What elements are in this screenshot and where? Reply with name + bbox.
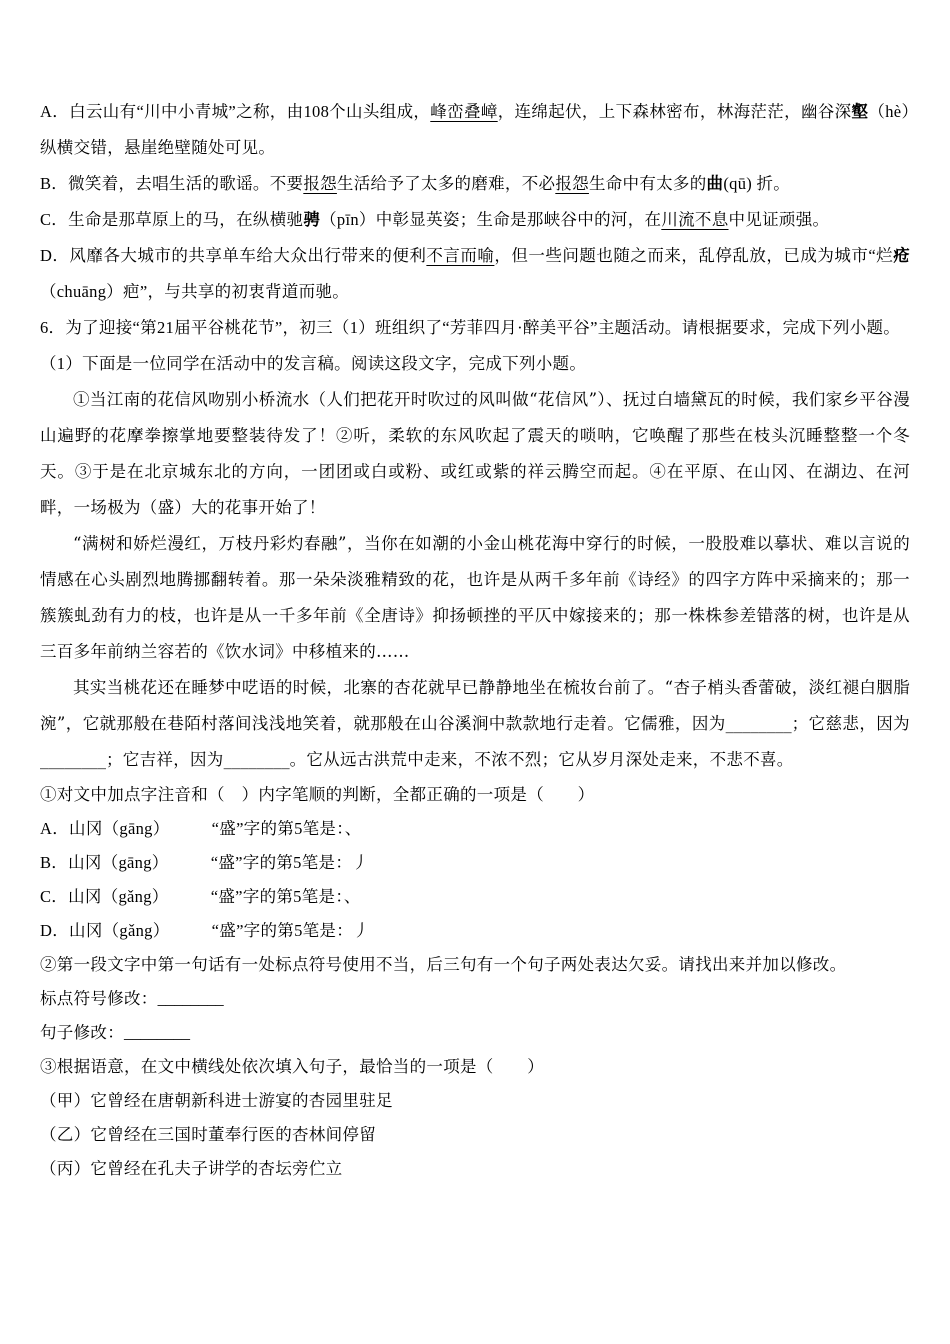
text-run: 报怨 (303, 174, 337, 193)
text-run: 句子修改： (40, 1023, 124, 1042)
question-6-stem: 6．为了迎接“第21届平谷桃花节”，初三（1）班组织了“芳菲四月·醉美平谷”主题… (40, 310, 910, 346)
subquestion-2-blank-punctuation: 标点符号修改：________ (40, 982, 910, 1016)
option-b: B．微笑着，去唱生活的歌谣。不要报怨生活给予了太多的磨难，不必报怨生命中有太多的… (40, 166, 910, 202)
text-run: （丙）它曾经在孔夫子讲学的杏坛旁伫立 (40, 1159, 342, 1178)
text-run: （1）下面是一位同学在活动中的发言稿。阅读这段文字，完成下列小题。 (40, 354, 586, 373)
passage-paragraph-1: ①当江南的花信风吻别小桥流水（人们把花开时吹过的风叫做“花信风”）、抚过白墙黛瓦… (40, 382, 910, 526)
text-run: C．生命是那草原上的马，在纵横驰 (40, 210, 303, 229)
text-run: B．山冈（gāng） “盛”字的第5笔是：丿 (40, 853, 369, 872)
subquestion-1-choice-a: A．山冈（gāng） “盛”字的第5笔是：、 (40, 812, 910, 846)
text-run: 曲 (707, 174, 724, 193)
text-run: （甲）它曾经在唐朝新科进士游宴的杏园里驻足 (40, 1091, 393, 1110)
subquestion-2-stem: ②第一段文字中第一句话有一处标点符号使用不当，后三句有一个句子两处表达欠妥。请找… (40, 948, 910, 982)
subquestion-3-item-bing: （丙）它曾经在孔夫子讲学的杏坛旁伫立 (40, 1152, 910, 1186)
text-run: 报怨 (555, 174, 589, 193)
text-run: 骋 (303, 210, 320, 229)
text-run: ，连绵起伏，上下森林密布，林海茫茫，幽谷深 (498, 102, 852, 121)
fill-in-blank: ________ (224, 750, 290, 769)
passage-paragraph-3: 其实当桃花还在睡梦中呓语的时候，北寨的杏花就早已静静地坐在梳妆台前了。“杏子梢头… (40, 670, 910, 778)
text-run: C．山冈（gǎng） “盛”字的第5笔是：、 (40, 887, 361, 906)
text-run: （pīn）中彰显英姿；生命是那峡谷中的河，在 (320, 210, 661, 229)
subquestion-1-stem: ①对文中加点字注音和（ ）内字笔顺的判断，全都正确的一项是（ ） (40, 778, 910, 812)
fill-in-blank: ________ (124, 1023, 190, 1042)
text-run: ③根据语意，在文中横线处依次填入句子，最恰当的一项是（ ） (40, 1057, 544, 1076)
text-run: 6．为了迎接“第21届平谷桃花节”，初三（1）班组织了“芳菲四月·醉美平谷”主题… (40, 318, 900, 337)
text-run: 生活给予了太多的磨难，不必 (337, 174, 555, 193)
text-run: ①当江南的花信风吻别小桥流水（人们把花开时吹过的风叫做“花信风”）、抚过白墙黛瓦… (40, 390, 910, 517)
text-run: B．微笑着，去唱生活的歌谣。不要 (40, 174, 303, 193)
option-d: D．风靡各大城市的共享单车给大众出行带来的便利不言而喻，但一些问题也随之而来，乱… (40, 238, 910, 310)
subquestion-3-stem: ③根据语意，在文中横线处依次填入句子，最恰当的一项是（ ） (40, 1050, 910, 1084)
text-run: 疮 (893, 246, 910, 265)
text-run: 。它从远古洪荒中走来，不浓不烈；它从岁月深处走来，不悲不喜。 (290, 750, 794, 769)
text-run: “满树和娇烂漫红，万枝丹彩灼春融”，当你在如潮的小金山桃花海中穿行的时候，一股股… (40, 534, 910, 661)
text-run: 生命中有太多的 (589, 174, 707, 193)
passage-paragraph-2: “满树和娇烂漫红，万枝丹彩灼春融”，当你在如潮的小金山桃花海中穿行的时候，一股股… (40, 526, 910, 670)
text-run: 峰峦叠嶂 (430, 102, 497, 121)
text-run: 标点符号修改： (40, 989, 158, 1008)
text-run: ①对文中加点字注音和（ ）内字笔顺的判断，全都正确的一项是（ ） (40, 785, 594, 804)
subquestion-3-item-yi: （乙）它曾经在三国时董奉行医的杏林间停留 (40, 1118, 910, 1152)
text-run: ；它吉祥，因为 (106, 750, 224, 769)
text-run: 壑 (852, 102, 869, 121)
exam-page: A．白云山有“川中小青城”之称，由108个山头组成，峰峦叠嶂，连绵起伏，上下森林… (0, 0, 950, 1344)
text-run: 不言而喻 (426, 246, 494, 265)
option-c: C．生命是那草原上的马，在纵横驰骋（pīn）中彰显英姿；生命是那峡谷中的河，在川… (40, 202, 910, 238)
text-run: (qū) 折。 (723, 174, 790, 193)
fill-in-blank: ________ (726, 714, 792, 733)
text-run: 川流不息 (661, 210, 728, 229)
text-run: ②第一段文字中第一句话有一处标点符号使用不当，后三句有一个句子两处表达欠妥。请找… (40, 955, 846, 974)
option-a: A．白云山有“川中小青城”之称，由108个山头组成，峰峦叠嶂，连绵起伏，上下森林… (40, 94, 910, 166)
subquestion-1-choice-c: C．山冈（gǎng） “盛”字的第5笔是：、 (40, 880, 910, 914)
text-run: ；它慈悲，因为 (792, 714, 910, 733)
text-run: ，但一些问题也随之而来，乱停乱放，已成为城市“烂 (494, 246, 893, 265)
text-run: （chuāng）疤”，与共享的初衷背道而驰。 (40, 282, 349, 301)
text-run: A．山冈（gāng） “盛”字的第5笔是：、 (40, 819, 362, 838)
text-run: 中见证顽强。 (729, 210, 830, 229)
text-run: D．山冈（gǎng） “盛”字的第5笔是：丿 (40, 921, 370, 940)
text-run: D．风靡各大城市的共享单车给大众出行带来的便利 (40, 246, 426, 265)
subquestion-2-blank-sentence: 句子修改：________ (40, 1016, 910, 1050)
fill-in-blank: ________ (158, 989, 224, 1008)
fill-in-blank: ________ (40, 750, 106, 769)
question-6-part1: （1）下面是一位同学在活动中的发言稿。阅读这段文字，完成下列小题。 (40, 346, 910, 382)
subquestion-1-choice-d: D．山冈（gǎng） “盛”字的第5笔是：丿 (40, 914, 910, 948)
subquestion-1-choice-b: B．山冈（gāng） “盛”字的第5笔是：丿 (40, 846, 910, 880)
text-run: A．白云山有“川中小青城”之称，由108个山头组成， (40, 102, 430, 121)
document-body: A．白云山有“川中小青城”之称，由108个山头组成，峰峦叠嶂，连绵起伏，上下森林… (40, 94, 910, 1186)
text-run: （乙）它曾经在三国时董奉行医的杏林间停留 (40, 1125, 376, 1144)
subquestion-3-item-jia: （甲）它曾经在唐朝新科进士游宴的杏园里驻足 (40, 1084, 910, 1118)
